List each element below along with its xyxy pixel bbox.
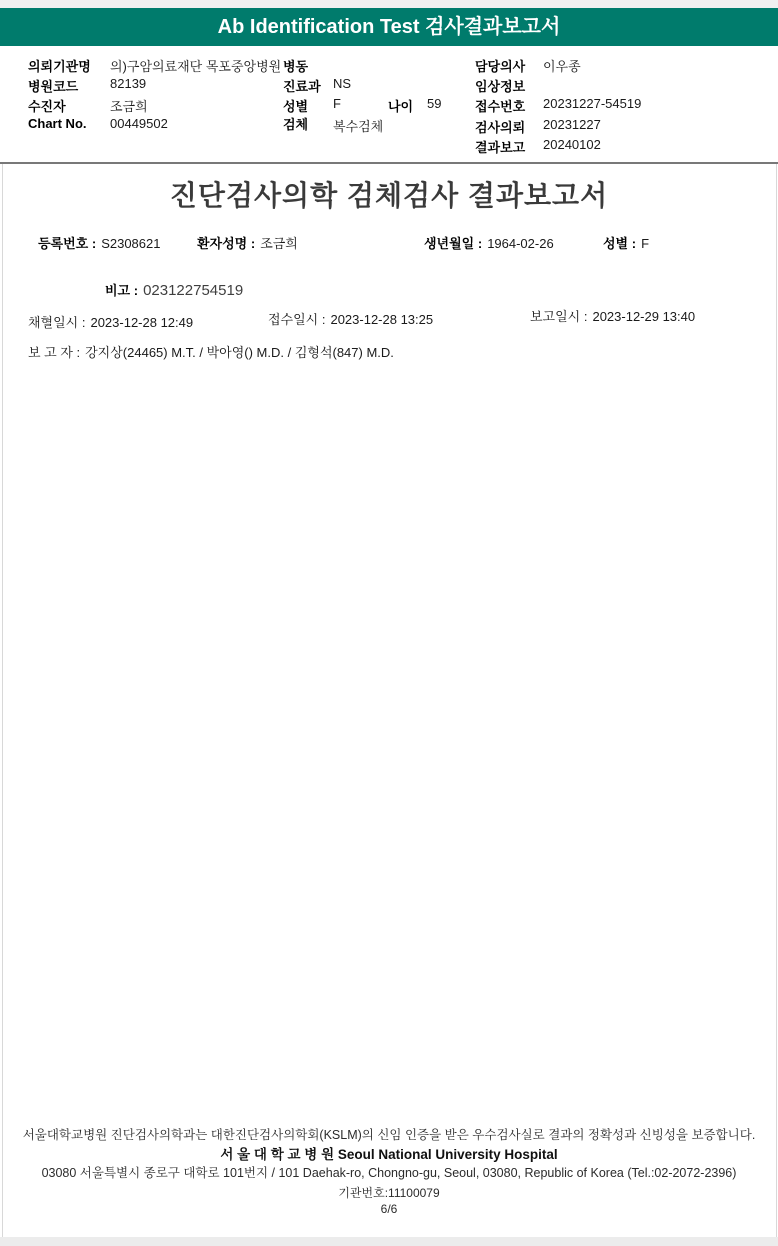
receipt-no-label: 접수번호 <box>475 96 525 115</box>
report-time-value: 2023-12-29 13:40 <box>592 309 695 324</box>
footer-page-number: 6/6 <box>0 1202 778 1216</box>
hospital-code-label: 병원코드 <box>28 76 78 95</box>
reporter-value: 강지상(24465) M.T. / 박아영() M.D. / 김형석(847) … <box>85 342 394 361</box>
ward-label: 병동 <box>283 56 308 75</box>
result-report-label: 결과보고 <box>475 137 525 156</box>
reporter-field: 보 고 자 : 강지상(24465) M.T. / 박아영() M.D. / 김… <box>28 342 394 361</box>
chart-no-label: Chart No. <box>28 116 87 131</box>
patient-name-label: 환자성명 : <box>197 233 255 252</box>
receive-time-label: 접수일시 : <box>268 309 325 328</box>
patient-name-value: 조금희 <box>260 233 298 252</box>
clinical-info-label: 임상정보 <box>475 76 525 95</box>
note-value: 023122754519 <box>143 282 243 299</box>
birth-date-value: 1964-02-26 <box>487 236 554 251</box>
patient-label: 수진자 <box>28 96 66 115</box>
reg-no-value: S2308621 <box>101 236 160 251</box>
report-time-field: 보고일시 : 2023-12-29 13:40 <box>530 306 695 325</box>
patient-sex-value: F <box>641 236 649 251</box>
birth-date-field: 생년월일 : 1964-02-26 <box>424 233 554 252</box>
report-header-title: Ab Identification Test 검사결과보고서 <box>0 8 778 46</box>
age-label: 나이 <box>388 96 413 115</box>
reg-no-field: 등록번호 : S2308621 <box>38 233 160 252</box>
receive-time-value: 2023-12-28 13:25 <box>330 312 433 327</box>
report-header-bar: Ab Identification Test 검사결과보고서 <box>0 8 778 46</box>
collect-time-value: 2023-12-28 12:49 <box>90 315 193 330</box>
receipt-no-value: 20231227-54519 <box>543 96 641 111</box>
specimen-label: 검체 <box>283 114 308 133</box>
patient-name-field: 환자성명 : 조금희 <box>197 233 298 252</box>
sex-label: 성별 <box>283 96 308 115</box>
org-label: 의뢰기관명 <box>28 56 91 75</box>
document-title: 진단검사의학 검체검사 결과보고서 <box>0 174 778 214</box>
dept-value: NS <box>333 76 351 91</box>
bottom-gray-strip <box>0 1237 778 1246</box>
patient-sex-label: 성별 : <box>603 233 636 252</box>
top-gray-strip <box>0 0 778 8</box>
birth-date-label: 생년월일 : <box>424 233 482 252</box>
patient-value: 조금희 <box>110 96 148 115</box>
footer-org-number: 기관번호:11100079 <box>0 1184 778 1201</box>
footer-hospital-name: 서 울 대 학 교 병 원 Seoul National University … <box>0 1143 778 1163</box>
doctor-value: 이우종 <box>543 56 581 75</box>
doctor-label: 담당의사 <box>475 56 525 75</box>
report-time-label: 보고일시 : <box>530 306 587 325</box>
reporter-label: 보 고 자 : <box>28 342 80 361</box>
footer-accreditation: 서울대학교병원 진단검사의학과는 대한진단검사의학회(KSLM)의 신임 인증을… <box>0 1125 778 1143</box>
hospital-code-value: 82139 <box>110 76 146 91</box>
report-page: Ab Identification Test 검사결과보고서 의뢰기관명 의)구… <box>0 0 778 1246</box>
age-value: 59 <box>427 96 441 111</box>
request-date-label: 검사의뢰 <box>475 117 525 136</box>
patient-sex-field: 성별 : F <box>603 233 649 252</box>
specimen-value: 복수검체 <box>333 116 383 135</box>
collect-time-label: 채혈일시 : <box>28 312 85 331</box>
sex-value: F <box>333 96 341 111</box>
chart-no-value: 00449502 <box>110 116 168 131</box>
collect-time-field: 채혈일시 : 2023-12-28 12:49 <box>28 312 193 331</box>
receive-time-field: 접수일시 : 2023-12-28 13:25 <box>268 309 433 328</box>
footer-address: 03080 서울특별시 종로구 대학로 101번지 / 101 Daehak-r… <box>0 1163 778 1181</box>
reg-no-label: 등록번호 : <box>38 233 96 252</box>
note-field: 비고 : 023122754519 <box>105 280 243 299</box>
dept-label: 진료과 <box>283 76 321 95</box>
note-label: 비고 : <box>105 280 138 299</box>
request-date-value: 20231227 <box>543 117 601 132</box>
org-value: 의)구암의료재단 목포중앙병원 <box>110 56 281 75</box>
result-report-value: 20240102 <box>543 137 601 152</box>
